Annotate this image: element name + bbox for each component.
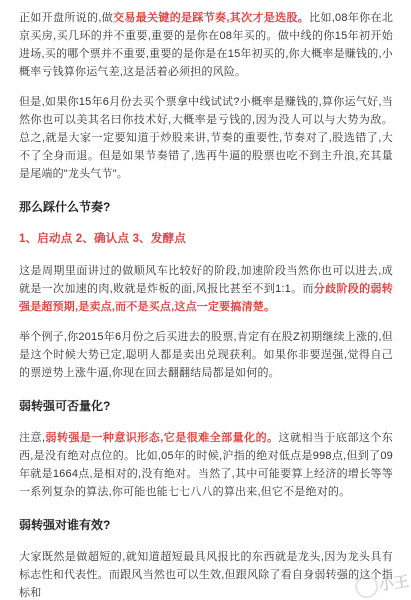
paragraph-quantify: 注意,弱转强是一种意识形态,它是很难全部量化的。这就相当于底部这个东西,是没有绝…	[19, 429, 393, 501]
text-segment-emphasis: 交易最关键的是踩节奏,其次才是选股。	[113, 12, 309, 24]
text-segment: 但是,如果你15年6月份去买个票拿中线试试?小概率是赚钱的,算你运气好,当然你也…	[19, 96, 393, 180]
text-segment-emphasis: 弱转强是一种意识形态,它是很难全部量化的。	[45, 432, 278, 444]
section-heading-quantify: 弱转强可否量化?	[19, 397, 393, 415]
rhythm-points-list: 1、启动点 2、确认点 3、发酵点	[19, 230, 393, 248]
text-segment: 大家既然是做超短的,就知道超短最具风报比的东西就是龙头,因为龙头具有标志性和代表…	[19, 551, 393, 599]
paragraph-2015-example: 举个例子,你2015年6月份之后买进去的股票,肯定有在股Z初期继续上涨的,但是这…	[19, 328, 393, 382]
section-heading-effective: 弱转强对谁有效?	[19, 516, 393, 534]
paragraph-midline-example: 但是,如果你15年6月份去买个票拿中线试试?小概率是赚钱的,算你运气好,当然你也…	[19, 93, 393, 183]
article-page: 正如开盘所说的,做交易最关键的是踩节奏,其次才是选股。比如,08年你在北京买房,…	[0, 0, 411, 600]
text-segment: 正如开盘所说的,做	[19, 12, 113, 24]
paragraph-cycle-stages: 这是周期里面讲过的做顺风车比较好的阶段,加速阶段当然你也可以进去,成就是一次加速…	[19, 262, 393, 316]
text-segment: 举个例子,你2015年6月份之后买进去的股票,肯定有在股Z初期继续上涨的,但是这…	[19, 331, 393, 379]
text-segment: 注意,	[19, 432, 45, 444]
section-heading-rhythm: 那么踩什么节奏?	[19, 198, 393, 216]
paragraph-opening: 正如开盘所说的,做交易最关键的是踩节奏,其次才是选股。比如,08年你在北京买房,…	[19, 9, 393, 81]
paragraph-effective: 大家既然是做超短的,就知道超短最具风报比的东西就是龙头,因为龙头具有标志性和代表…	[19, 548, 393, 600]
